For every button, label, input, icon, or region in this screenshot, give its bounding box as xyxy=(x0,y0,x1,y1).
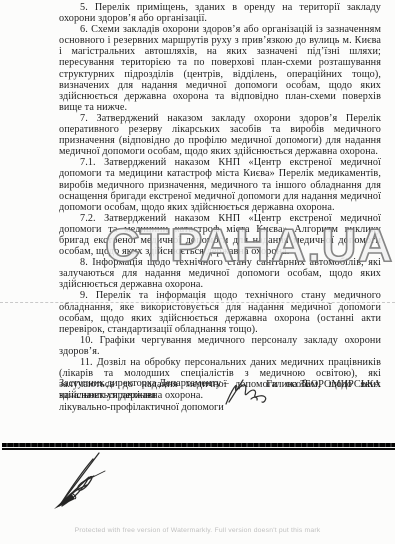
fold-crease-line xyxy=(0,302,395,303)
pen-flourish xyxy=(47,449,123,513)
paragraph: 10. Графіки чергування медичного персона… xyxy=(59,335,381,357)
scanned-document-page: 5. Перелік приміщень, зданих в оренду на… xyxy=(0,0,395,544)
signer-name: Галина ЗБОРОМИРСЬКА xyxy=(266,378,381,391)
signer-title-line: Заступник директорка Департаменту – xyxy=(59,378,229,390)
paragraph: 9. Перелік та інформація щодо технічного… xyxy=(59,290,381,334)
document-body: 5. Перелік приміщень, зданих в оренду на… xyxy=(59,2,381,401)
signer-title-line: начальник управління xyxy=(59,390,229,402)
handwritten-signature xyxy=(220,377,274,409)
paragraph: 6. Схеми закладів охорони здоров’я або о… xyxy=(59,24,381,113)
site-watermark: СТРАНА.UA xyxy=(105,222,393,268)
paragraph: 7. Затверджений наказом закладу охорони … xyxy=(59,113,381,157)
signer-title-line: лікувально-профілактичної допомоги xyxy=(59,402,229,414)
signer-title: Заступник директорка Департаменту –начал… xyxy=(59,378,229,415)
paragraph: 7.1. Затверджений наказом КНП «Центр екс… xyxy=(59,157,381,212)
footer-watermark-note: Protected with free version of Watermark… xyxy=(0,527,395,534)
paragraph: 5. Перелік приміщень, зданих в оренду на… xyxy=(59,2,381,24)
